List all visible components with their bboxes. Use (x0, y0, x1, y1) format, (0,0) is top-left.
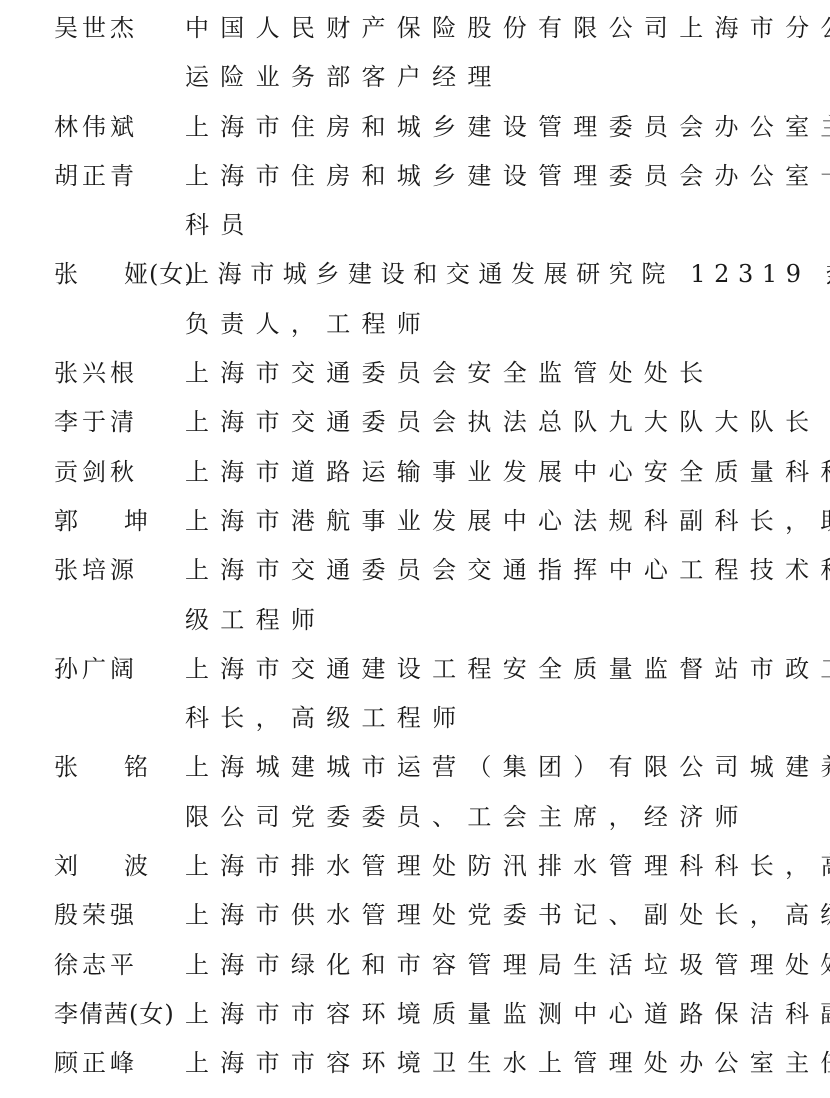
list-entry: 刘波 上海市排水管理处防汛排水管理科科长，高级工程师 (0, 842, 830, 891)
title-line: 上海市交通委员会交通指挥中心工程技术科科长，高 (185, 546, 795, 595)
person-name-last: 坤 (124, 507, 148, 535)
title-line: 上海市市容环境质量监测中心道路保洁科副科长 (185, 990, 795, 1039)
person-title: 上海市住房和城乡建设管理委员会办公室主任 (185, 103, 795, 152)
title-line: 限公司党委委员、工会主席，经济师 (185, 793, 795, 842)
list-entry: 张铭 上海城建城市运营（集团）有限公司城建养护管理有 限公司党委委员、工会主席，… (0, 743, 830, 842)
person-name: 李于清 (54, 398, 185, 447)
title-line: 上海市市容环境卫生水上管理处办公室主任 (185, 1039, 795, 1088)
person-name: 张兴根 (54, 349, 185, 398)
title-line: 科员 (185, 201, 795, 250)
list-entry: 孙广阔 上海市交通建设工程安全质量监督站市政工程监督科 科长，高级工程师 (0, 645, 830, 744)
list-entry: 贡剑秋 上海市道路运输事业发展中心安全质量科科长 (0, 448, 830, 497)
list-entry: 张培源 上海市交通委员会交通指挥中心工程技术科科长，高 级工程师 (0, 546, 830, 645)
list-entry: 李倩茜(女) 上海市市容环境质量监测中心道路保洁科副科长 (0, 990, 830, 1039)
title-line: 上海城建城市运营（集团）有限公司城建养护管理有 (185, 743, 795, 792)
title-line: 中国人民财产保险股份有限公司上海市分公司船舶货 (185, 4, 795, 53)
title-line: 运险业务部客户经理 (185, 53, 795, 102)
title-line: 上海市城乡建设和交通发展研究院 12319 热线业务科 (185, 250, 795, 299)
list-entry: 张兴根 上海市交通委员会安全监管处处长 (0, 349, 830, 398)
title-line: 上海市港航事业发展中心法规科副科长，助理工程师 (185, 497, 795, 546)
person-name-first: 张 (54, 753, 78, 781)
person-title: 上海市交通建设工程安全质量监督站市政工程监督科 科长，高级工程师 (185, 645, 795, 744)
person-name: 刘波 (54, 842, 185, 891)
title-line: 上海市道路运输事业发展中心安全质量科科长 (185, 448, 795, 497)
title-line: 上海市交通建设工程安全质量监督站市政工程监督科 (185, 645, 795, 694)
person-title: 上海市绿化和市容管理局生活垃圾管理处处长 (185, 941, 795, 990)
title-line: 科长，高级工程师 (185, 694, 795, 743)
title-line: 上海市住房和城乡建设管理委员会办公室一级主任 (185, 152, 795, 201)
person-name: 吴世杰 (54, 4, 185, 53)
title-line: 级工程师 (185, 596, 795, 645)
person-name: 贡剑秋 (54, 448, 185, 497)
person-name: 李倩茜(女) (54, 990, 185, 1039)
person-name: 林伟斌 (54, 103, 185, 152)
person-name: 张娅(女) (54, 250, 185, 299)
person-name: 郭坤 (54, 497, 185, 546)
person-name: 孙广阔 (54, 645, 185, 694)
list-entry: 殷荣强 上海市供水管理处党委书记、副处长，高级工程师 (0, 891, 830, 940)
name-list-document: 吴世杰 中国人民财产保险股份有限公司上海市分公司船舶货 运险业务部客户经理 林伟… (0, 4, 830, 1089)
person-name: 顾正峰 (54, 1039, 185, 1088)
title-line: 上海市绿化和市容管理局生活垃圾管理处处长 (185, 941, 795, 990)
person-title: 上海市道路运输事业发展中心安全质量科科长 (185, 448, 795, 497)
person-name: 张铭 (54, 743, 185, 792)
title-line: 上海市排水管理处防汛排水管理科科长，高级工程师 (185, 842, 795, 891)
list-entry: 林伟斌 上海市住房和城乡建设管理委员会办公室主任 (0, 103, 830, 152)
person-name-last: 波 (124, 852, 148, 880)
person-title: 上海市市容环境质量监测中心道路保洁科副科长 (185, 990, 795, 1039)
person-name-first: 刘 (54, 852, 78, 880)
person-name-first: 张 (54, 260, 78, 288)
person-name: 徐志平 (54, 941, 185, 990)
person-name: 张培源 (54, 546, 185, 595)
list-entry: 顾正峰 上海市市容环境卫生水上管理处办公室主任 (0, 1039, 830, 1088)
person-title: 上海市交通委员会执法总队九大队大队长 (185, 398, 795, 447)
list-entry: 郭坤 上海市港航事业发展中心法规科副科长，助理工程师 (0, 497, 830, 546)
person-title: 上海市港航事业发展中心法规科副科长，助理工程师 (185, 497, 795, 546)
person-name: 胡正青 (54, 152, 185, 201)
person-name-first: 郭 (54, 507, 78, 535)
person-title: 上海市交通委员会交通指挥中心工程技术科科长，高 级工程师 (185, 546, 795, 645)
list-entry: 张娅(女) 上海市城乡建设和交通发展研究院 12319 热线业务科 负责人，工程… (0, 250, 830, 349)
person-title: 上海城建城市运营（集团）有限公司城建养护管理有 限公司党委委员、工会主席，经济师 (185, 743, 795, 842)
list-entry: 胡正青 上海市住房和城乡建设管理委员会办公室一级主任 科员 (0, 152, 830, 251)
title-line: 上海市供水管理处党委书记、副处长，高级工程师 (185, 891, 795, 940)
title-line: 上海市交通委员会安全监管处处长 (185, 349, 795, 398)
person-name: 殷荣强 (54, 891, 185, 940)
person-title: 上海市住房和城乡建设管理委员会办公室一级主任 科员 (185, 152, 795, 251)
person-name-last: 铭 (124, 753, 148, 781)
title-line: 上海市住房和城乡建设管理委员会办公室主任 (185, 103, 795, 152)
list-entry: 李于清 上海市交通委员会执法总队九大队大队长 (0, 398, 830, 447)
person-title: 中国人民财产保险股份有限公司上海市分公司船舶货 运险业务部客户经理 (185, 4, 795, 103)
title-line: 上海市交通委员会执法总队九大队大队长 (185, 398, 795, 447)
person-title: 上海市排水管理处防汛排水管理科科长，高级工程师 (185, 842, 795, 891)
person-title: 上海市城乡建设和交通发展研究院 12319 热线业务科 负责人，工程师 (185, 250, 795, 349)
title-line: 负责人，工程师 (185, 300, 795, 349)
list-entry: 徐志平 上海市绿化和市容管理局生活垃圾管理处处长 (0, 941, 830, 990)
person-title: 上海市交通委员会安全监管处处长 (185, 349, 795, 398)
person-title: 上海市供水管理处党委书记、副处长，高级工程师 (185, 891, 795, 940)
list-entry: 吴世杰 中国人民财产保险股份有限公司上海市分公司船舶货 运险业务部客户经理 (0, 4, 830, 103)
person-title: 上海市市容环境卫生水上管理处办公室主任 (185, 1039, 795, 1088)
